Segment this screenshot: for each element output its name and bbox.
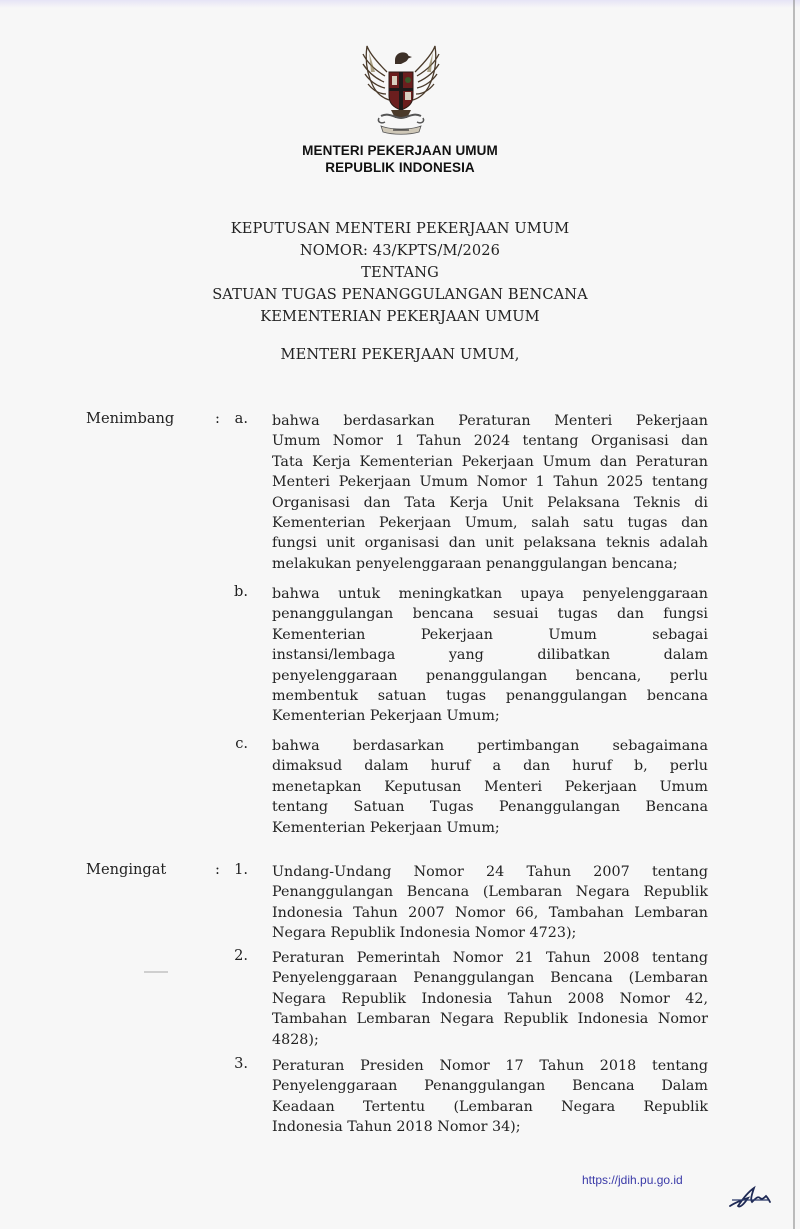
paragraph-line: Penyelenggaraan Penanggulangan Bencana (…: [272, 968, 708, 988]
scan-top-tint: [0, 0, 800, 8]
paragraph-line: Tata Kerja Kementerian Pekerjaan Umum da…: [272, 452, 708, 472]
list-marker-2: 2.: [218, 947, 248, 964]
mengingat-item-3: Peraturan Presiden Nomor 17 Tahun 2018 t…: [272, 1056, 708, 1138]
menimbang-item-c: bahwa berdasarkan pertimbangan sebagaima…: [272, 736, 708, 838]
paragraph-line: Undang-Undang Nomor 24 Tahun 2007 tentan…: [272, 862, 708, 882]
menimbang-item-b: bahwa untuk meningkatkan upaya penyeleng…: [272, 584, 708, 727]
list-marker-1: 1.: [218, 861, 248, 878]
list-marker-b: b.: [218, 583, 248, 600]
scan-page-edge: [793, 0, 795, 1229]
paragraph-line: Peraturan Pemerintah Nomor 21 Tahun 2008…: [272, 948, 708, 968]
paragraph-line: Negara Republik Indonesia Tahun 2008 Nom…: [272, 989, 708, 1009]
institution-country: REPUBLIK INDONESIA: [0, 160, 800, 175]
paragraph-line: Keadaan Tertentu (Lembaran Negara Republ…: [272, 1097, 708, 1117]
decree-about-label: TENTANG: [0, 264, 800, 281]
decree-subject-line2: KEMENTERIAN PEKERJAAN UMUM: [0, 308, 800, 325]
paragraph-line: penanggulangan bencana sesuai tugas dan …: [272, 604, 708, 624]
decree-number: NOMOR: 43/KPTS/M/2026: [0, 242, 800, 259]
jdih-url-link[interactable]: https://jdih.pu.go.id: [582, 1173, 683, 1187]
paragraph-line: Menteri Pekerjaan Umum Nomor 1 Tahun 202…: [272, 472, 708, 492]
paragraph-line: Umum Nomor 1 Tahun 2024 tentang Organisa…: [272, 431, 708, 451]
paragraph-line: Indonesia Tahun 2018 Nomor 34);: [272, 1117, 708, 1137]
paragraph-line: Kementerian Pekerjaan Umum;: [272, 818, 708, 838]
paragraph-line: Negara Republik Indonesia Nomor 4723);: [272, 923, 708, 943]
mengingat-item-2: Peraturan Pemerintah Nomor 21 Tahun 2008…: [272, 948, 708, 1050]
list-marker-3: 3.: [218, 1055, 248, 1072]
paragraph-line: Indonesia Tahun 2007 Nomor 66, Tambahan …: [272, 903, 708, 923]
mengingat-item-1: Undang-Undang Nomor 24 Tahun 2007 tentan…: [272, 862, 708, 944]
section-label-menimbang: Menimbang: [86, 410, 174, 427]
institution-name: MENTERI PEKERJAAN UMUM: [0, 143, 800, 158]
paragraph-line: menetapkan Keputusan Menteri Pekerjaan U…: [272, 777, 708, 797]
decree-issuer: MENTERI PEKERJAAN UMUM,: [0, 346, 800, 363]
paragraph-line: bahwa berdasarkan Peraturan Menteri Peke…: [272, 411, 708, 431]
garuda-emblem-icon: [351, 42, 451, 137]
paragraph-line: Kementerian Pekerjaan Umum;: [272, 706, 708, 726]
section-label-mengingat: Mengingat: [86, 861, 166, 878]
paragraph-line: instansi/lembaga yang dilibatkan dalam: [272, 645, 708, 665]
list-marker-a: a.: [218, 410, 248, 427]
paragraph-line: melakukan penyelenggaraan penanggulangan…: [272, 554, 708, 574]
paragraph-line: Organisasi dan Tata Kerja Unit Pelaksana…: [272, 493, 708, 513]
scan-artifact-dash: [144, 971, 168, 973]
paragraph-line: tentang Satuan Tugas Penanggulangan Benc…: [272, 797, 708, 817]
paragraph-line: Penyelenggaraan Penanggulangan Bencana D…: [272, 1076, 708, 1096]
paragraph-line: Peraturan Presiden Nomor 17 Tahun 2018 t…: [272, 1056, 708, 1076]
paragraph-line: dimaksud dalam huruf a dan huruf b, perl…: [272, 756, 708, 776]
paragraph-line: Tambahan Lembaran Negara Republik Indone…: [272, 1009, 708, 1029]
paragraph-line: bahwa berdasarkan pertimbangan sebagaima…: [272, 736, 708, 756]
paragraph-line: bahwa untuk meningkatkan upaya penyeleng…: [272, 584, 708, 604]
menimbang-item-a: bahwa berdasarkan Peraturan Menteri Peke…: [272, 411, 708, 574]
paragraph-line: Kementerian Pekerjaan Umum sebagai: [272, 625, 708, 645]
paragraph-line: penyelenggaraan penanggulangan bencana, …: [272, 666, 708, 686]
paragraph-line: 4828);: [272, 1030, 708, 1050]
paragraph-line: Penanggulangan Bencana (Lembaran Negara …: [272, 882, 708, 902]
decree-title: KEPUTUSAN MENTERI PEKERJAAN UMUM: [0, 220, 800, 237]
decree-subject-line1: SATUAN TUGAS PENANGGULANGAN BENCANA: [0, 286, 800, 303]
paraf-signature-icon: [728, 1184, 772, 1210]
paragraph-line: membentuk satuan tugas penanggulangan be…: [272, 686, 708, 706]
paragraph-line: fungsi unit organisasi dan unit pelaksan…: [272, 533, 708, 553]
paragraph-line: Kementerian Pekerjaan Umum, salah satu t…: [272, 513, 708, 533]
list-marker-c: c.: [218, 735, 248, 752]
